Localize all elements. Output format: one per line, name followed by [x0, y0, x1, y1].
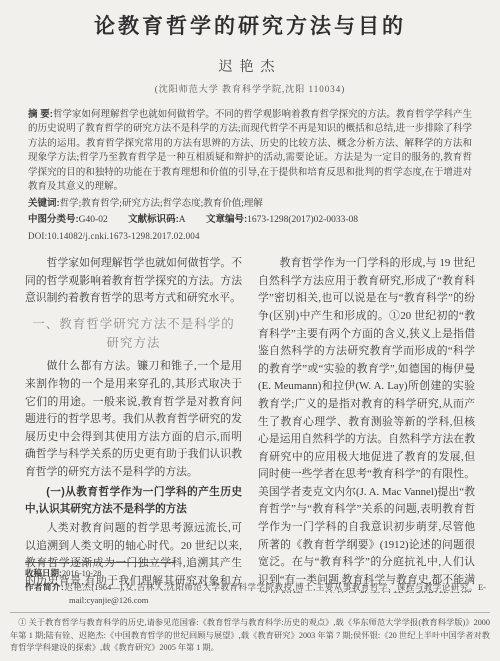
paper-page: 论教育哲学的研究方法与目的 迟艳杰 (沈阳师范大学 教育科学学院,沈阳 1100… — [0, 0, 500, 661]
author-name: 迟艳杰 — [0, 56, 500, 76]
keywords-label: 关键词: — [28, 198, 60, 209]
doc-code-label: 文献标识码: — [128, 214, 179, 225]
body-columns: 哲学家如何理解哲学也就如何做哲学。不同的哲学观影响着教育哲学探究的方法。方法意识… — [25, 255, 475, 593]
clc-number: 中图分类号:G40-02 — [28, 215, 108, 225]
classification-row: 中图分类号:G40-02 文献标识码:A 文章编号:1673-1298(2017… — [28, 213, 472, 227]
author-note-block: 收稿日期:2016-10-28 作者简介:迟艳杰(1964—),女,吉林人,沈阳… — [25, 567, 486, 607]
abstract: 摘 要:哲学家如何理解哲学也就如何做哲学。不同的哲学观影响着教育哲学探究的方法。… — [28, 108, 472, 195]
section-heading: 一、教育哲学研究方法不是科学的研究方法 — [31, 315, 236, 353]
page-title: 论教育哲学的研究方法与目的 — [0, 10, 500, 40]
abstract-text: 哲学家如何理解哲学也就如何做哲学。不同的哲学观影响着教育哲学探究的方法。教育哲学… — [28, 110, 472, 192]
right-column: 教育哲学作为一门学科的形成,与 19 世纪自然科学方法应用于教育研究,形成了“教… — [258, 255, 475, 593]
bottom-rule — [10, 612, 490, 613]
footnote-separator-rule — [25, 562, 175, 563]
author-affiliation: (沈阳师范大学 教育科学学院,沈阳 110034) — [0, 82, 500, 95]
meta-block: 摘 要:哲学家如何理解哲学也就如何做哲学。不同的哲学观影响着教育哲学探究的方法。… — [28, 108, 472, 243]
article-number: 文章编号:1673-1298(2017)02-0033-08 — [206, 215, 358, 225]
paragraph: 做什么都有方法。镰刀和锥子,一个是用来割作物的一个是用来穿孔的,其形式取决于它们… — [25, 358, 242, 481]
author-bio-text: 迟艳杰(1964—),女,吉林人,沈阳师范大学教育科学学院教授,博士,主要从事教… — [64, 582, 486, 605]
doi: DOI:10.14082/j.cnki.1673-1298.2017.02.00… — [28, 230, 472, 244]
keywords: 关键词:哲学;教育哲学;研究方法;哲学态度;教育价值;理解 — [28, 197, 472, 211]
article-no-label: 文章编号: — [206, 214, 247, 225]
received-date-value: 2016-10-28 — [62, 568, 102, 578]
received-date: 收稿日期:2016-10-28 — [25, 567, 486, 580]
author-bio: 作者简介:迟艳杰(1964—),女,吉林人,沈阳师范大学教育科学学院教授,博士,… — [25, 581, 486, 607]
paragraph: 教育哲学作为一门学科的形成,与 19 世纪自然科学方法应用于教育研究,形成了“教… — [258, 255, 475, 593]
clc-value: G40-02 — [79, 215, 108, 225]
abstract-label: 摘 要: — [28, 109, 53, 120]
clc-label: 中图分类号: — [28, 214, 79, 225]
footnote-1: ① 关于教育哲学与教育科学的历史,请参见范国睿:《教育哲学与教育科学:历史的观点… — [10, 617, 490, 655]
keywords-text: 哲学;教育哲学;研究方法;哲学态度;教育价值;理解 — [60, 199, 263, 209]
received-date-label: 收稿日期: — [25, 568, 62, 578]
doc-code-value: A — [179, 215, 186, 225]
author-bio-label: 作者简介: — [25, 582, 64, 592]
paragraph: 哲学家如何理解哲学也就如何做哲学。不同的哲学观影响着教育哲学探究的方法。方法意识… — [25, 255, 242, 308]
document-code: 文献标识码:A — [128, 215, 186, 225]
left-column: 哲学家如何理解哲学也就如何做哲学。不同的哲学观影响着教育哲学探究的方法。方法意识… — [25, 255, 242, 593]
article-no-value: 1673-1298(2017)02-0033-08 — [247, 215, 358, 225]
sub-heading: (一)从教育哲学作为一门学科的产生历史中,认识其研究方法不是科学的方法 — [25, 484, 242, 519]
page-footer: 收稿日期:2016-10-28 作者简介:迟艳杰(1964—),女,吉林人,沈阳… — [0, 562, 500, 655]
